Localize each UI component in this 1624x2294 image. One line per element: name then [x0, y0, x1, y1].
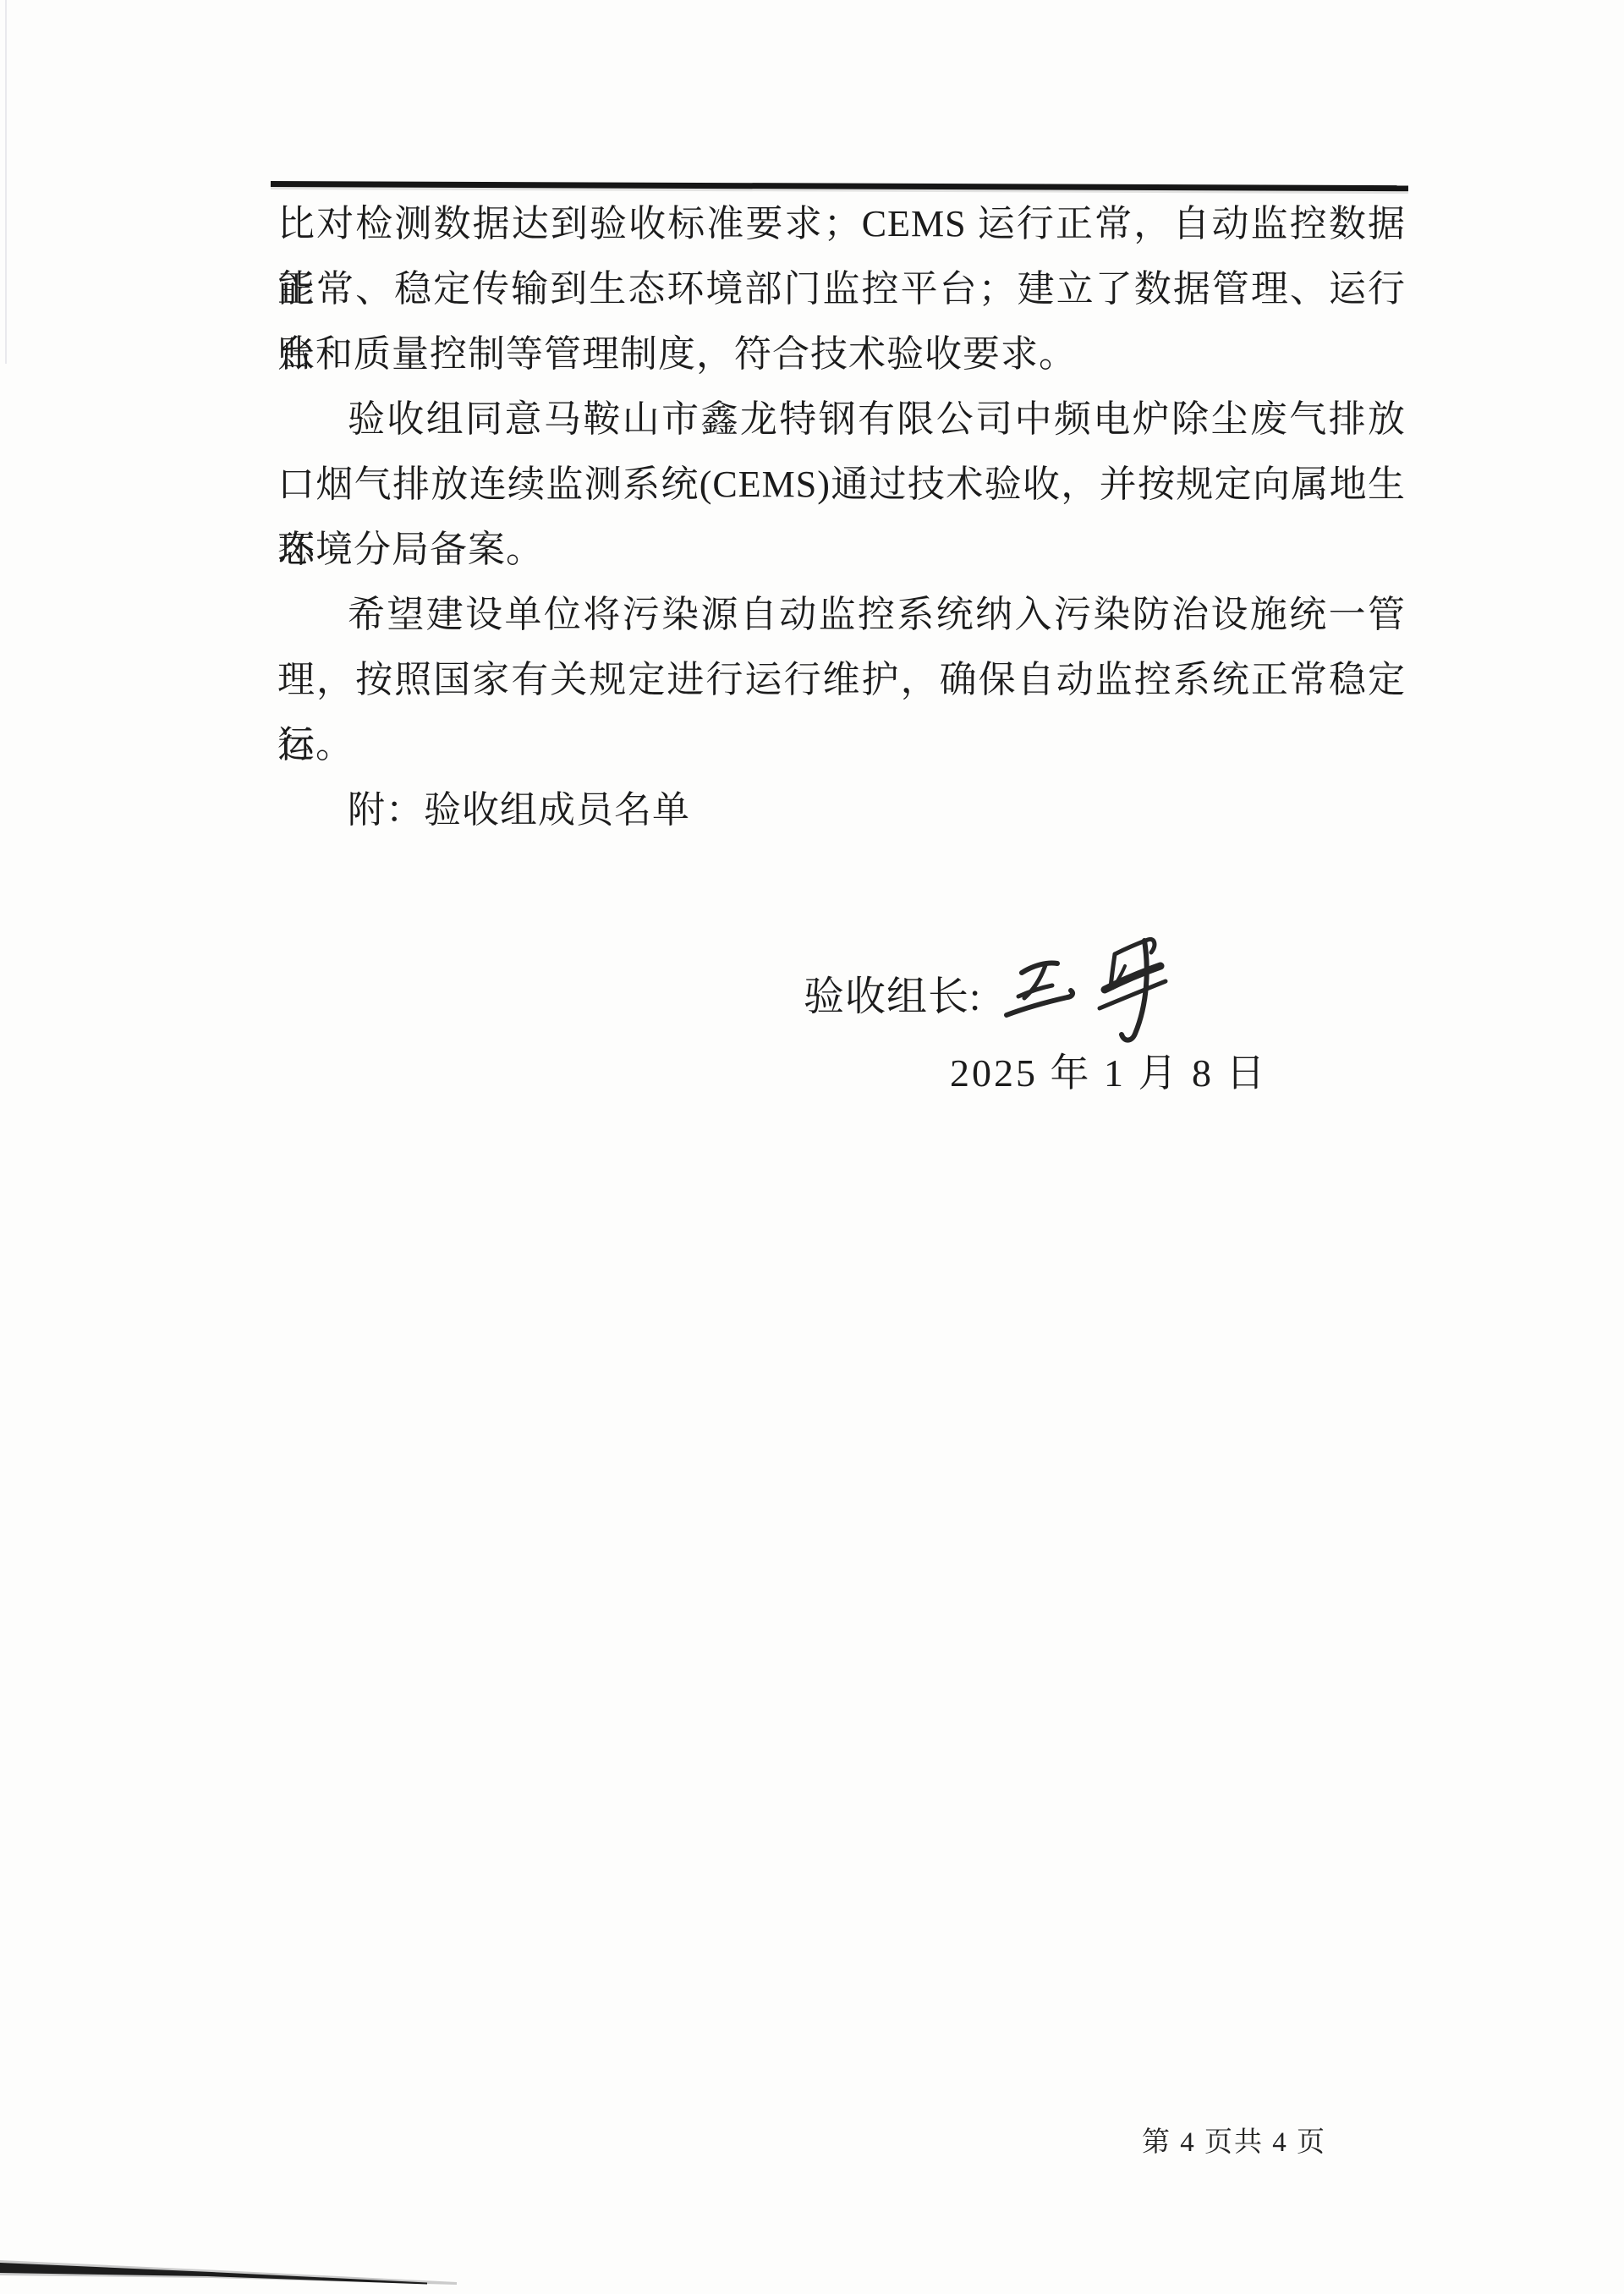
top-rule [271, 181, 1408, 191]
text-line: 比对检测数据达到验收标准要求；CEMS 运行正常，自动监控数据能 [277, 191, 1406, 256]
scan-edge-line [5, 0, 7, 364]
text-line: 账和质量控制等管理制度，符合技术验收要求。 [277, 321, 1406, 387]
text-line: 环境分局备案。 [277, 517, 1406, 582]
text-line: 行。 [277, 712, 1406, 777]
text-line: 希望建设单位将污染源自动监控系统纳入污染防治设施统一管 [277, 582, 1406, 647]
text-line: 口烟气排放连续监测系统(CEMS)通过技术验收，并按规定向属地生态 [277, 452, 1406, 517]
signature-date: 2025 年 1 月 8 日 [950, 1042, 1268, 1098]
scanned-document-page: 比对检测数据达到验收标准要求；CEMS 运行正常，自动监控数据能 正常、稳定传输… [0, 0, 1624, 2294]
body-text: 比对检测数据达到验收标准要求；CEMS 运行正常，自动监控数据能 正常、稳定传输… [277, 191, 1406, 842]
text-line: 正常、稳定传输到生态环境部门监控平台；建立了数据管理、运行台 [277, 256, 1406, 321]
page-number-footer: 第 4 页共 4 页 [1142, 2120, 1326, 2160]
text-line: 验收组同意马鞍山市鑫龙特钢有限公司中频电炉除尘废气排放 [277, 387, 1406, 452]
text-line: 理，按照国家有关规定进行运行维护，确保自动监控系统正常稳定运 [277, 647, 1406, 712]
scan-artifact-streak [0, 2250, 474, 2294]
attachment-note-line: 附：验收组成员名单 [277, 777, 1406, 842]
signature-label: 验收组长: [804, 971, 981, 1024]
